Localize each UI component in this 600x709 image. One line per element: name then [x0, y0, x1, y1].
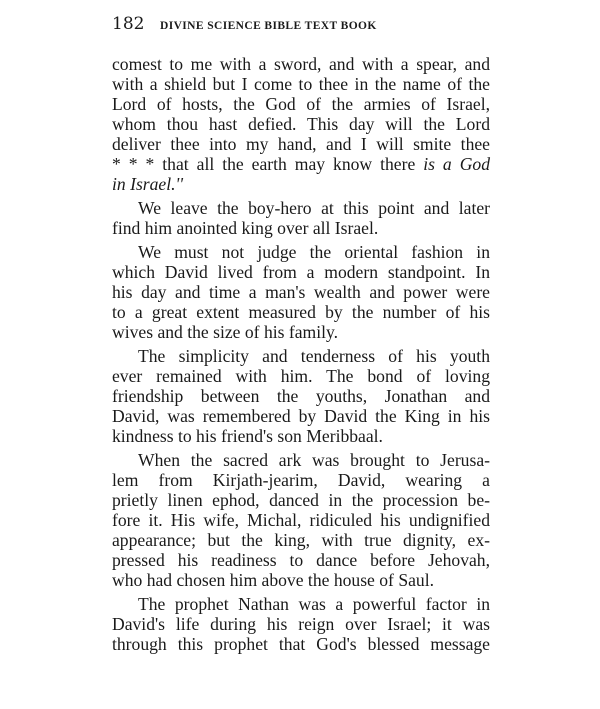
text-line: wives and the size of his family.	[112, 322, 490, 342]
text-roman: * * * that all the earth may know there	[112, 154, 423, 174]
text-line: Lord of hosts, the God of the armies of …	[112, 94, 490, 114]
text-line: friendship between the youths, Jonathan …	[112, 386, 490, 406]
paragraph: We leave the boy-hero at this point and …	[112, 198, 490, 238]
page-body: comest to me with a sword, and with a sp…	[112, 54, 490, 654]
text-line: David, was remembered by David the King …	[112, 406, 490, 426]
paragraph: comest to me with a sword, and with a sp…	[112, 54, 490, 194]
text-line: appearance; but the king, with true dign…	[112, 530, 490, 550]
text-line: David's life during his reign over Israe…	[112, 614, 490, 634]
book-page: 182 DIVINE SCIENCE BIBLE TEXT BOOK comes…	[112, 14, 490, 658]
text-line: * * * that all the earth may know there …	[112, 154, 490, 174]
text-line: whom thou hast defied. This day will the…	[112, 114, 490, 134]
text-line: deliver thee into my hand, and I will sm…	[112, 134, 490, 154]
text-line: find him anointed king over all Israel.	[112, 218, 490, 238]
text-line: comest to me with a sword, and with a sp…	[112, 54, 490, 74]
text-line: pressed his readiness to dance before Je…	[112, 550, 490, 570]
text-line: The prophet Nathan was a powerful factor…	[112, 594, 490, 614]
text-italic: is a God	[423, 154, 490, 174]
page-number: 182	[112, 14, 160, 34]
text-line: The simplicity and tenderness of his you…	[112, 346, 490, 366]
paragraph: When the sacred ark was brought to Jerus…	[112, 450, 490, 590]
text-line: fore it. His wife, Michal, ridiculed his…	[112, 510, 490, 530]
text-line: with a shield but I come to thee in the …	[112, 74, 490, 94]
text-line: When the sacred ark was brought to Jerus…	[112, 450, 490, 470]
text-line: to a great extent measured by the number…	[112, 302, 490, 322]
text-line: We leave the boy-hero at this point and …	[112, 198, 490, 218]
text-line: ever remained with him. The bond of lovi…	[112, 366, 490, 386]
text-line: which David lived from a modern standpoi…	[112, 262, 490, 282]
text-line: who had chosen him above the house of Sa…	[112, 570, 490, 590]
text-line: kindness to his friend's son Meribbaal.	[112, 426, 490, 446]
paragraph: We must not judge the oriental fashion i…	[112, 242, 490, 342]
text-line: his day and time a man's wealth and powe…	[112, 282, 490, 302]
text-line: We must not judge the oriental fashion i…	[112, 242, 490, 262]
text-line: through this prophet that God's blessed …	[112, 634, 490, 654]
text-line-italic: in Israel.''	[112, 174, 490, 194]
text-line: prietly linen ephod, danced in the proce…	[112, 490, 490, 510]
paragraph: The simplicity and tenderness of his you…	[112, 346, 490, 446]
page-header: 182 DIVINE SCIENCE BIBLE TEXT BOOK	[112, 14, 490, 44]
running-title: DIVINE SCIENCE BIBLE TEXT BOOK	[160, 20, 377, 32]
text-line: lem from Kirjath-jearim, David, wearing …	[112, 470, 490, 490]
paragraph: The prophet Nathan was a powerful factor…	[112, 594, 490, 654]
